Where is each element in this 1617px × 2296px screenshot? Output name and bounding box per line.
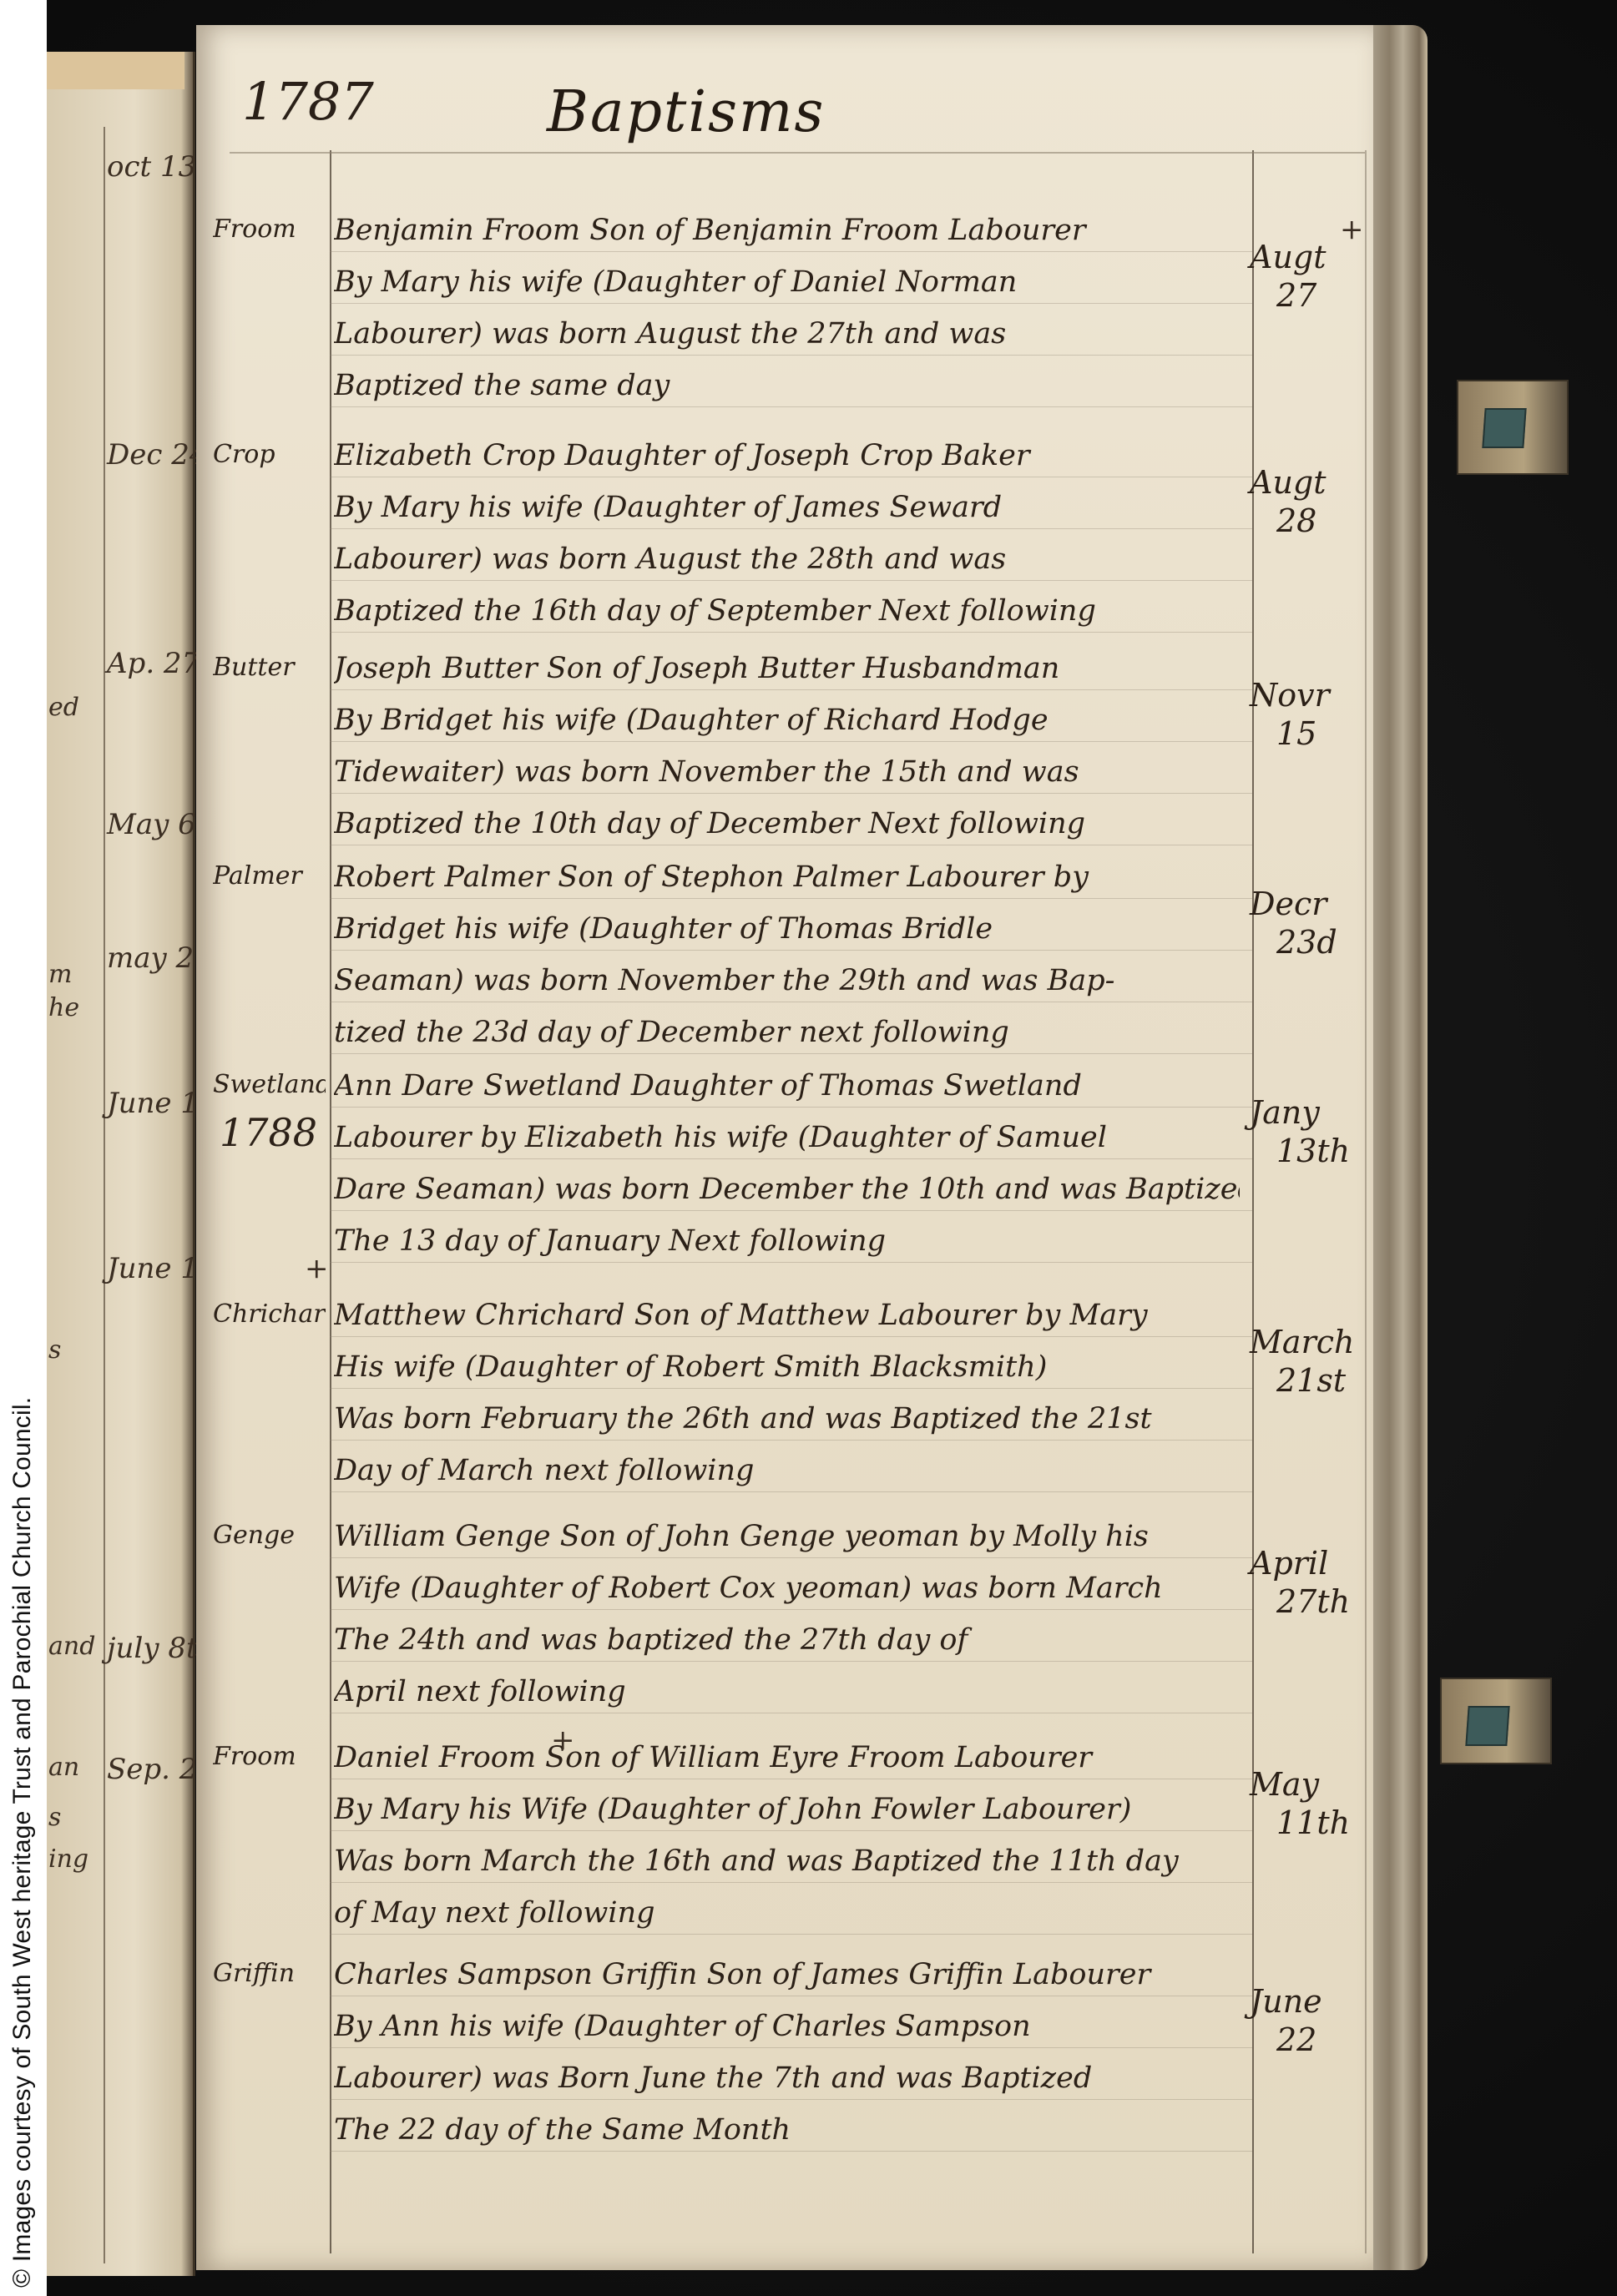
baptism-entry: Daniel Froom Son of William Eyre Froom L… bbox=[334, 1732, 1240, 1939]
entry-line: Baptized the same day bbox=[334, 360, 1240, 411]
baptism-day: 28 bbox=[1250, 502, 1367, 540]
entry-line: Matthew Chrichard Son of Matthew Laboure… bbox=[334, 1289, 1240, 1341]
entry-line: Charles Sampson Griffin Son of James Gri… bbox=[334, 1949, 1240, 2001]
left-page-text-fragment: s bbox=[48, 1335, 61, 1365]
baptism-date: April27th bbox=[1250, 1544, 1367, 1621]
baptism-entry: Ann Dare Swetland Daughter of Thomas Swe… bbox=[334, 1060, 1240, 1267]
page-tab bbox=[47, 52, 184, 89]
entry-surname: Palmer bbox=[213, 861, 326, 891]
entry-line: William Genge Son of John Genge yeoman b… bbox=[334, 1511, 1240, 1562]
entry-line: Labourer) was born August the 28th and w… bbox=[334, 533, 1240, 585]
baptism-date: March21st bbox=[1250, 1323, 1367, 1400]
copyright-credit: © Images courtesy of South West heritage… bbox=[8, 1, 37, 2288]
baptism-date: Augt28 bbox=[1250, 463, 1367, 540]
entry-line: of May next following bbox=[334, 1887, 1240, 1939]
entry-line: The 22 day of the Same Month bbox=[334, 2104, 1240, 2156]
book-clasp-upper bbox=[1457, 380, 1569, 475]
entry-line: tized the 23d day of December next follo… bbox=[334, 1007, 1240, 1058]
entry-line: Was born March the 16th and was Baptized… bbox=[334, 1835, 1240, 1887]
baptism-month: June bbox=[1250, 1983, 1322, 2020]
baptism-month: Decr bbox=[1250, 886, 1326, 922]
baptism-entry: Charles Sampson Griffin Son of James Gri… bbox=[334, 1949, 1240, 2156]
cross-mark: + bbox=[1340, 213, 1364, 246]
entry-line: Labourer) was born August the 27th and w… bbox=[334, 308, 1240, 360]
entry-surname: Chrichard bbox=[213, 1299, 326, 1329]
clasp-stone bbox=[1482, 408, 1526, 448]
entry-line: The 13 day of January Next following bbox=[334, 1215, 1240, 1267]
baptism-day: 22 bbox=[1250, 2021, 1367, 2059]
baptism-entry: Benjamin Froom Son of Benjamin Froom Lab… bbox=[334, 204, 1240, 411]
clasp-stone bbox=[1465, 1706, 1509, 1746]
baptism-date: May11th bbox=[1250, 1765, 1367, 1842]
baptism-day: 13th bbox=[1250, 1132, 1367, 1170]
baptism-date: Jany13th bbox=[1250, 1093, 1367, 1170]
entry-line: Was born February the 26th and was Bapti… bbox=[334, 1393, 1240, 1445]
baptism-month: May bbox=[1250, 1766, 1319, 1803]
entry-line: By Bridget his wife (Daughter of Richard… bbox=[334, 694, 1240, 746]
entry-line: Tidewaiter) was born November the 15th a… bbox=[334, 746, 1240, 798]
credit-strip: © Images courtesy of South West heritage… bbox=[0, 0, 47, 2296]
entry-line: By Mary his wife (Daughter of James Sewa… bbox=[334, 482, 1240, 533]
baptism-day: 27 bbox=[1250, 276, 1367, 315]
entry-line: Wife (Daughter of Robert Cox yeoman) was… bbox=[334, 1562, 1240, 1614]
baptism-day: 15 bbox=[1250, 714, 1367, 753]
baptism-day: 23d bbox=[1250, 923, 1367, 961]
entry-line: Labourer by Elizabeth his wife (Daughter… bbox=[334, 1112, 1240, 1163]
baptism-entry: Matthew Chrichard Son of Matthew Laboure… bbox=[334, 1289, 1240, 1496]
left-page-text-fragment: m bbox=[48, 960, 72, 989]
entry-line: By Mary his wife (Daughter of Daniel Nor… bbox=[334, 256, 1240, 308]
entry-line: April next following bbox=[334, 1666, 1240, 1718]
header-rule bbox=[230, 152, 1365, 154]
baptism-month: Augt bbox=[1250, 464, 1326, 501]
entry-line: Baptized the 10th day of December Next f… bbox=[334, 798, 1240, 850]
entry-surname: Griffin bbox=[213, 1959, 326, 1988]
baptism-entry: William Genge Son of John Genge yeoman b… bbox=[334, 1511, 1240, 1718]
entry-line: His wife (Daughter of Robert Smith Black… bbox=[334, 1341, 1240, 1393]
book-clasp-lower bbox=[1440, 1678, 1552, 1764]
entry-surname: Butter bbox=[213, 653, 326, 682]
margin-rule-left bbox=[330, 150, 331, 2253]
left-page-text-fragment: he bbox=[48, 993, 79, 1022]
entry-line: The 24th and was baptized the 27th day o… bbox=[334, 1614, 1240, 1666]
entry-line: Seaman) was born November the 29th and w… bbox=[334, 955, 1240, 1007]
entry-line: Robert Palmer Son of Stephon Palmer Labo… bbox=[334, 851, 1240, 903]
left-page-text-fragment: an bbox=[48, 1753, 79, 1782]
register-year: 1787 bbox=[242, 71, 374, 132]
entry-year-note: 1788 bbox=[220, 1110, 317, 1155]
register-title: Baptisms bbox=[547, 79, 825, 145]
entry-line: By Ann his wife (Daughter of Charles Sam… bbox=[334, 2001, 1240, 2052]
entry-surname: Froom bbox=[213, 214, 326, 244]
left-page-rule bbox=[104, 127, 105, 2263]
baptism-entry: Robert Palmer Son of Stephon Palmer Labo… bbox=[334, 851, 1240, 1058]
left-page-text-fragment: s bbox=[48, 1803, 61, 1832]
baptism-month: April bbox=[1250, 1545, 1328, 1582]
entry-line: Joseph Butter Son of Joseph Butter Husba… bbox=[334, 643, 1240, 694]
entry-line: Day of March next following bbox=[334, 1445, 1240, 1496]
baptism-month: March bbox=[1250, 1324, 1355, 1360]
baptism-day: 21st bbox=[1250, 1361, 1367, 1400]
entry-line: Bridget his wife (Daughter of Thomas Bri… bbox=[334, 903, 1240, 955]
entry-surname: Genge bbox=[213, 1521, 326, 1550]
baptism-month: Augt bbox=[1250, 239, 1326, 275]
entry-surname: Swetland bbox=[213, 1070, 326, 1099]
left-facing-page: oct 13thDec 24thAp. 27thMay 6thmay 27Jun… bbox=[47, 52, 195, 2276]
baptism-month: Novr bbox=[1250, 677, 1330, 714]
baptism-date: Novr15 bbox=[1250, 676, 1367, 753]
baptism-entry: Elizabeth Crop Daughter of Joseph Crop B… bbox=[334, 430, 1240, 637]
baptism-entry: Joseph Butter Son of Joseph Butter Husba… bbox=[334, 643, 1240, 850]
baptism-month: Jany bbox=[1250, 1094, 1320, 1131]
left-page-text-fragment: ed bbox=[48, 693, 79, 722]
baptism-date: June22 bbox=[1250, 1982, 1367, 2059]
entry-surname: Crop bbox=[213, 440, 326, 469]
baptism-day: 11th bbox=[1250, 1804, 1367, 1842]
page-edges bbox=[1373, 25, 1428, 2270]
entry-line: Dare Seaman) was born December the 10th … bbox=[334, 1163, 1240, 1215]
entry-line: Benjamin Froom Son of Benjamin Froom Lab… bbox=[334, 204, 1240, 256]
baptism-day: 27th bbox=[1250, 1582, 1367, 1621]
register-page: 1787 Baptisms FroomBenjamin Froom Son of… bbox=[196, 25, 1373, 2270]
entry-line: Daniel Froom Son of William Eyre Froom L… bbox=[334, 1732, 1240, 1784]
left-page-text-fragment: ing bbox=[48, 1844, 88, 1874]
entry-line: Elizabeth Crop Daughter of Joseph Crop B… bbox=[334, 430, 1240, 482]
cross-mark: + bbox=[305, 1252, 329, 1285]
cross-mark: + bbox=[551, 1723, 575, 1757]
entry-line: Labourer) was Born June the 7th and was … bbox=[334, 2052, 1240, 2104]
entry-surname: Froom bbox=[213, 1742, 326, 1771]
entry-line: Baptized the 16th day of September Next … bbox=[334, 585, 1240, 637]
left-page-text-fragment: and bbox=[48, 1632, 95, 1661]
entry-line: Ann Dare Swetland Daughter of Thomas Swe… bbox=[334, 1060, 1240, 1112]
baptism-date: Decr23d bbox=[1250, 885, 1367, 961]
entry-line: By Mary his Wife (Daughter of John Fowle… bbox=[334, 1784, 1240, 1835]
baptism-date: Augt27 bbox=[1250, 238, 1367, 315]
